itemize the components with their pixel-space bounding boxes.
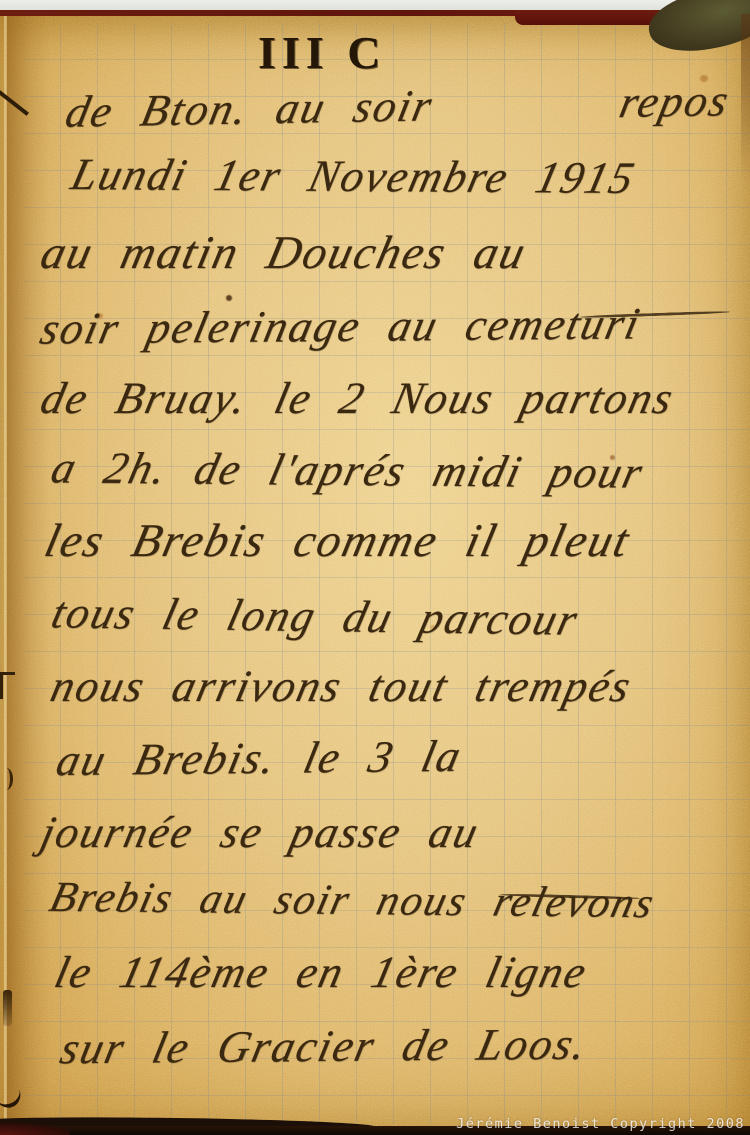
handwriting-phrase: repos	[615, 74, 735, 128]
ink-fragment	[0, 672, 15, 699]
handwriting-line: les Brebis comme il pleut	[40, 514, 636, 568]
handwriting-line: au matin Douches au	[36, 226, 532, 280]
watermark-text: Jérémie Benoist Copyright 2008	[456, 1116, 745, 1132]
handwriting-phrase: de Bton. au soir	[61, 79, 438, 137]
handwriting-line: le 114ème en 1ère ligne	[50, 946, 593, 998]
page-edge-shadow	[741, 14, 750, 184]
ink-fragment	[0, 768, 13, 790]
handwriting-line: soir pelerinage au cemeturi	[36, 297, 646, 354]
handwriting-line: tous le long du parcour	[47, 586, 585, 645]
handwriting-line: au Brebis. le 3 la	[52, 730, 467, 786]
bottom-cover-corner	[0, 1123, 70, 1135]
handwriting-line: journée se passe au	[36, 806, 485, 858]
handwriting-line: nous arrivons tout trempés	[46, 660, 637, 712]
photo-scan: III C de Bton. au soir repos Lundi 1er N…	[0, 0, 750, 1135]
handwriting-line: sur le Gracier de Loos.	[56, 1018, 593, 1075]
page-fold-shadow	[6, 13, 50, 1128]
page-fold-highlight	[4, 13, 7, 1128]
handwriting-line: Brebis au soir nous relevons	[45, 873, 660, 928]
ink-fragment	[3, 990, 12, 1026]
handwriting-line: a 2h. de l'aprés midi pour	[46, 441, 649, 498]
handwriting-line: Lundi 1er Novembre 1915	[66, 148, 640, 204]
handwriting-header: III C	[258, 26, 386, 79]
handwriting-line: de Bruay. le 2 Nous partons	[36, 372, 680, 424]
